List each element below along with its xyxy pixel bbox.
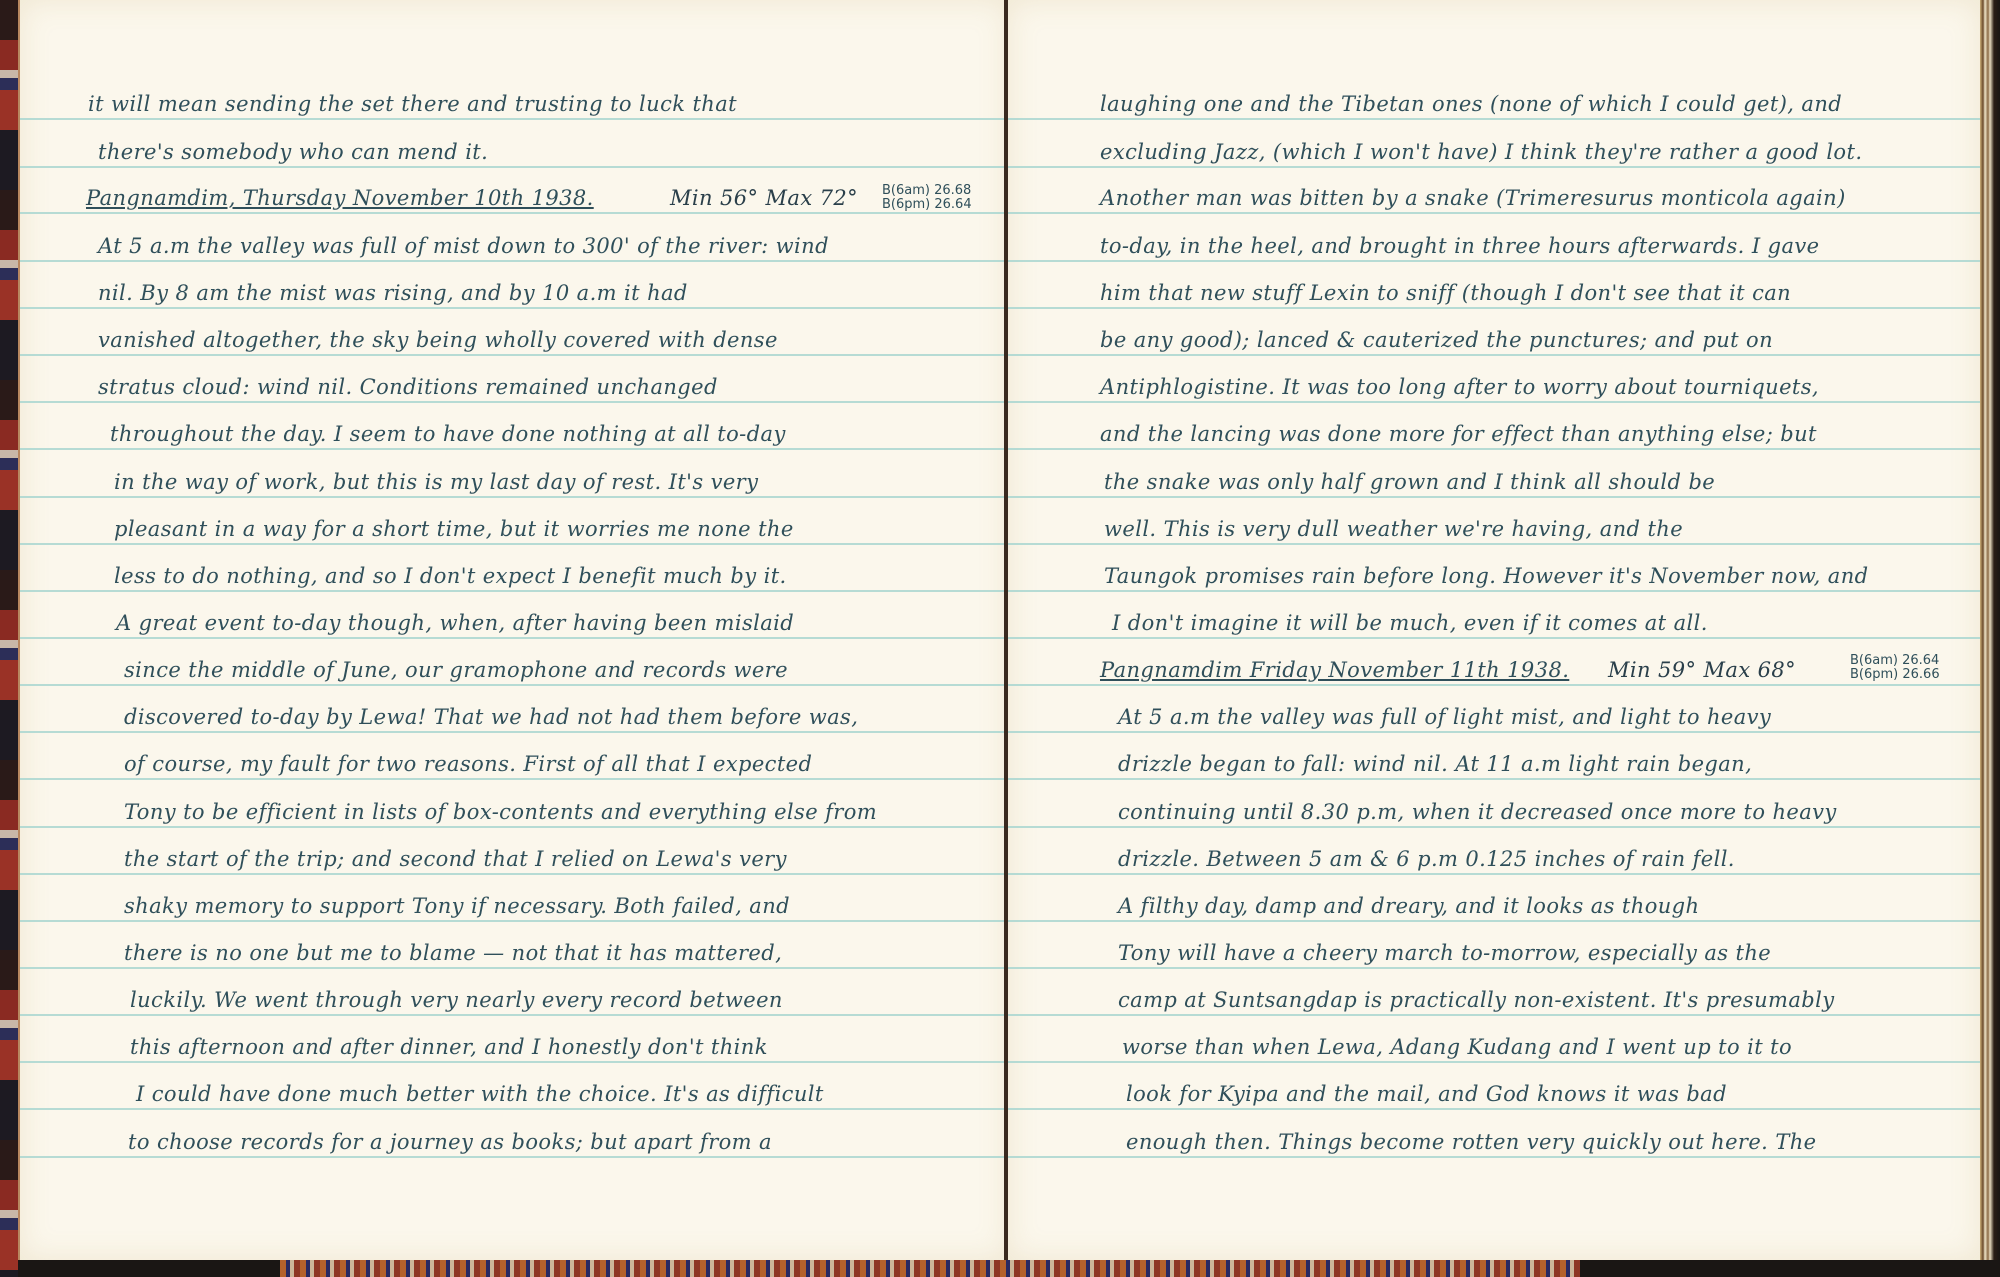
ruled-line bbox=[1008, 920, 1980, 922]
ruled-line bbox=[1008, 1061, 1980, 1063]
ruled-line bbox=[20, 448, 1008, 450]
ruled-line bbox=[1008, 496, 1980, 498]
text-line: pleasant in a way for a short time, but … bbox=[114, 517, 794, 541]
ruled-line bbox=[20, 590, 1008, 592]
text-line: worse than when Lewa, Adang Kudang and I… bbox=[1122, 1035, 1792, 1059]
ruled-line bbox=[1008, 637, 1980, 639]
ruled-line bbox=[1008, 1156, 1980, 1158]
ruled-line bbox=[20, 1156, 1008, 1158]
ruled-line bbox=[1008, 826, 1980, 828]
text-line: him that new stuff Lexin to sniff (thoug… bbox=[1100, 281, 1791, 305]
text-line: of course, my fault for two reasons. Fir… bbox=[124, 752, 812, 776]
ruled-line bbox=[1008, 354, 1980, 356]
text-line: look for Kyipa and the mail, and God kno… bbox=[1126, 1082, 1727, 1106]
left-page: it will mean sending the set there and t… bbox=[18, 0, 1008, 1260]
text-line: shaky memory to support Tony if necessar… bbox=[124, 894, 790, 918]
barometer-pm: B(6pm) 26.64 bbox=[882, 198, 972, 212]
text-line: in the way of work, but this is my last … bbox=[114, 470, 758, 494]
text-line: I could have done much better with the c… bbox=[136, 1082, 824, 1106]
text-line: drizzle. Between 5 am & 6 p.m 0.125 inch… bbox=[1118, 847, 1735, 871]
ruled-line bbox=[20, 166, 1008, 168]
text-line: since the middle of June, our gramophone… bbox=[124, 658, 788, 682]
right-page: laughing one and the Tibetan ones (none … bbox=[1008, 0, 1980, 1260]
ruled-line bbox=[1008, 778, 1980, 780]
text-line: less to do nothing, and so I don't expec… bbox=[114, 564, 787, 588]
text-line: At 5 a.m the valley was full of mist dow… bbox=[98, 234, 829, 258]
ruled-line bbox=[20, 260, 1008, 262]
ruled-line bbox=[20, 684, 1008, 686]
text-line: there is no one but me to blame — not th… bbox=[124, 941, 782, 965]
text-line: Tony will have a cheery march to-morrow,… bbox=[1118, 941, 1771, 965]
text-line: laughing one and the Tibetan ones (none … bbox=[1100, 92, 1842, 116]
text-line: and the lancing was done more for effect… bbox=[1100, 422, 1817, 446]
text-line: A great event to-day though, when, after… bbox=[116, 611, 794, 635]
text-line: enough then. Things become rotten very q… bbox=[1126, 1130, 1816, 1154]
text-line: Tony to be efficient in lists of box-con… bbox=[124, 800, 877, 824]
ruled-line bbox=[1008, 1014, 1980, 1016]
text-line: Antiphlogistine. It was too long after t… bbox=[1100, 375, 1819, 399]
ruled-line bbox=[1008, 684, 1980, 686]
barometer-am: B(6am) 26.64 bbox=[1850, 654, 1939, 668]
text-line: throughout the day. I seem to have done … bbox=[110, 422, 786, 446]
text-line: drizzle began to fall: wind nil. At 11 a… bbox=[1118, 752, 1752, 776]
ruled-line bbox=[20, 543, 1008, 545]
ruled-line bbox=[1008, 260, 1980, 262]
ruled-line bbox=[1008, 731, 1980, 733]
text-line: A filthy day, damp and dreary, and it lo… bbox=[1118, 894, 1699, 918]
barometer-pm: B(6pm) 26.66 bbox=[1850, 668, 1940, 682]
text-line: the snake was only half grown and I thin… bbox=[1104, 470, 1715, 494]
text-line: Taungok promises rain before long. Howev… bbox=[1104, 564, 1868, 588]
ruled-line bbox=[1008, 590, 1980, 592]
text-line: continuing until 8.30 p.m, when it decre… bbox=[1118, 800, 1837, 824]
ruled-line bbox=[20, 1108, 1008, 1110]
text-line: be any good); lanced & cauterized the pu… bbox=[1100, 328, 1773, 352]
text-line: it will mean sending the set there and t… bbox=[88, 92, 737, 116]
ruled-line bbox=[1008, 166, 1980, 168]
text-line: to choose records for a journey as books… bbox=[128, 1130, 772, 1154]
ruled-line bbox=[20, 1061, 1008, 1063]
ruled-line bbox=[1008, 543, 1980, 545]
ruled-line bbox=[20, 496, 1008, 498]
text-line: vanished altogether, the sky being wholl… bbox=[98, 328, 778, 352]
entry-heading-date: Pangnamdim Friday November 11th 1938. bbox=[1100, 658, 1569, 682]
text-line: Another man was bitten by a snake (Trime… bbox=[1100, 186, 1846, 210]
ruled-line bbox=[1008, 118, 1980, 120]
text-line: well. This is very dull weather we're ha… bbox=[1104, 517, 1683, 541]
ruled-line bbox=[20, 637, 1008, 639]
ruled-line bbox=[20, 212, 1008, 214]
ruled-line bbox=[1008, 873, 1980, 875]
ruled-line bbox=[1008, 212, 1980, 214]
marbled-endpaper-bottom bbox=[280, 1257, 1580, 1277]
ruled-line bbox=[20, 778, 1008, 780]
text-line: excluding Jazz, (which I won't have) I t… bbox=[1100, 140, 1862, 164]
ruled-line bbox=[20, 873, 1008, 875]
ruled-line bbox=[20, 920, 1008, 922]
text-line: to-day, in the heel, and brought in thre… bbox=[1100, 234, 1819, 258]
page-edges-right bbox=[1980, 0, 2000, 1260]
entry-temperatures: Min 59° Max 68° bbox=[1608, 658, 1796, 682]
text-line: nil. By 8 am the mist was rising, and by… bbox=[98, 281, 688, 305]
text-line: camp at Suntsangdap is practically non-e… bbox=[1118, 988, 1834, 1012]
text-line: discovered to-day by Lewa! That we had n… bbox=[124, 705, 858, 729]
ruled-line bbox=[20, 826, 1008, 828]
ruled-line bbox=[1008, 967, 1980, 969]
ruled-line bbox=[1008, 1108, 1980, 1110]
text-line: I don't imagine it will be much, even if… bbox=[1112, 611, 1708, 635]
text-line: stratus cloud: wind nil. Conditions rema… bbox=[98, 375, 718, 399]
text-line: this afternoon and after dinner, and I h… bbox=[130, 1035, 768, 1059]
text-line: the start of the trip; and second that I… bbox=[124, 847, 787, 871]
ruled-line bbox=[1008, 448, 1980, 450]
ruled-line bbox=[20, 401, 1008, 403]
ruled-line bbox=[20, 967, 1008, 969]
ruled-line bbox=[20, 307, 1008, 309]
entry-temperatures: Min 56° Max 72° bbox=[670, 186, 858, 210]
entry-heading-date: Pangnamdim, Thursday November 10th 1938. bbox=[86, 186, 594, 210]
text-line: there's somebody who can mend it. bbox=[98, 140, 488, 164]
marbled-endpaper-left bbox=[0, 0, 18, 1277]
ruled-line bbox=[1008, 401, 1980, 403]
ruled-line bbox=[20, 118, 1008, 120]
text-line: luckily. We went through very nearly eve… bbox=[130, 988, 783, 1012]
barometer-am: B(6am) 26.68 bbox=[882, 184, 971, 198]
ruled-line bbox=[1008, 307, 1980, 309]
ruled-line bbox=[20, 354, 1008, 356]
ruled-line bbox=[20, 1014, 1008, 1016]
text-line: At 5 a.m the valley was full of light mi… bbox=[1118, 705, 1771, 729]
ruled-line bbox=[20, 731, 1008, 733]
